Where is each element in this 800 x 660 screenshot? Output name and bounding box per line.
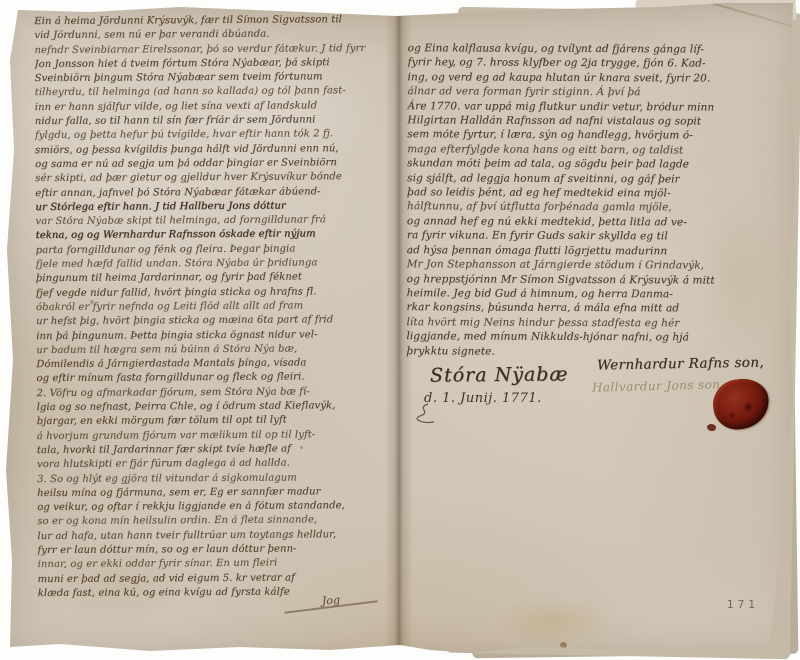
manuscript-line: maga efterfylgde kona hans og eitt barn,… (407, 142, 779, 158)
right-page-text: og Eina kalflausa kvígu, og tvílynt ad f… (406, 41, 779, 360)
manuscript-line: sér skipti, ad þær gietur og gjelldur hv… (35, 170, 392, 186)
manuscript-line: ra fyrir vikuna. En fyrir Guds sakir sky… (407, 228, 779, 244)
paper-stain (492, 596, 616, 646)
manuscript-line: ad hýsa þennan ómaga flutti lögrjettu ma… (407, 243, 779, 259)
manuscript-line: inn er hann sjálfur vilde, og liet sína … (35, 99, 392, 115)
manuscript-line: hálftunnu, af því útflutta forþénada gam… (407, 200, 779, 216)
manuscript-line: á hvorjum grundum fjórum var mælikum til… (37, 428, 394, 444)
manuscript-line: heimile. Jeg bid Gud á himnum, og herra … (407, 286, 779, 302)
manuscript-line: Hilgirtan Halldán Rafnsson ad nafni vist… (407, 113, 779, 129)
manuscript-line: líta hvört mig Neins hindur þessa stadfe… (406, 315, 778, 331)
scanned-document: Ein á heima Jördunni Krýsuvýk, fær til S… (0, 0, 800, 660)
signature-wernhardur-rafnsson: Wernhardur Rafns son, (597, 355, 764, 374)
manuscript-line: ur hefst þig, hvört þingia sticka og mæi… (36, 313, 393, 329)
left-page-text: Ein á heima Jördunni Krýsuvýk, fær til S… (34, 13, 395, 601)
manuscript-line: Áre 1770. var uppá mig flutkur undir vet… (407, 99, 779, 115)
manuscript-line: þad so leidis þént, ad eg hef medtekid e… (407, 185, 779, 201)
manuscript-spread: Ein á heima Jördunni Krýsuvýk, fær til S… (0, 0, 800, 660)
manuscript-line: og annad hef eg nú ekki medtekid, þetta … (407, 214, 779, 230)
manuscript-line: innar, og er ekki oddar fyrir sínar. En … (38, 556, 395, 572)
manuscript-line: sem móte fyrtur, í læra, sýn og handlegg… (407, 128, 779, 144)
page-number: 171 (727, 599, 759, 611)
manuscript-line: ur badum til hægra sem nú búinn á Stóra … (36, 342, 393, 358)
wax-seal-droplet (706, 423, 717, 433)
manuscript-line: 3. So og hlýt eg gjöra til vitundar á si… (37, 470, 394, 486)
foxing-speck (560, 642, 567, 648)
manuscript-line: og Eina kalflausa kvígu, og tvílynt ad f… (408, 41, 780, 57)
manuscript-line: ing, og verd eg ad kaupa hlutan úr knara… (408, 70, 780, 86)
manuscript-line: sig sjálft, ad leggja honum af sveitinni… (407, 171, 779, 187)
manuscript-line: klæda fast, eina kú, og eina kvígu ad fy… (38, 585, 395, 601)
fold-crease (696, 0, 797, 28)
manuscript-line: álnar ad vera forman fyrir stiginn. Á þv… (407, 84, 779, 100)
manuscript-line: fjele med hæfd fallid undan. Stóra Nýaba… (36, 256, 393, 272)
manuscript-line: smiörs, og þessa kvígildis þunga hálft v… (35, 142, 392, 158)
manuscript-line: fyrir hey, og 7. hross klyfber og 2ja tr… (408, 56, 780, 72)
manuscript-line: skundan móti þeim ad tala, og sögdu þeir… (407, 156, 779, 172)
manuscript-line: var Stóra Nýabæ skipt til helminga, ad f… (35, 213, 392, 229)
manuscript-line: liggjande, med mínum Nikkulds-hjónar naf… (406, 329, 778, 345)
manuscript-line: Mr Jon Stephansson at Járngierde stödum … (407, 257, 779, 273)
manuscript-line: 2. Vöfru og afmarkadar fjórum, sem Stóra… (36, 385, 393, 401)
manuscript-line: fylgdu, og þetta hefur þú tvígilde, hvar… (35, 127, 392, 143)
dateline-place: Stóra Nÿabæ (430, 363, 568, 386)
manuscript-line: og hreppstjórinn Mr Símon Sigvatsson á K… (407, 272, 779, 288)
signature-hallvardur-jonsson: Hallvardur Jons son (592, 377, 721, 394)
manuscript-line: nefndr Sveinbiarnar Eirelssonar, þó so v… (34, 42, 391, 58)
manuscript-line: rkar kongsins, þúsunda herra, á mála efn… (406, 300, 778, 316)
dateline-date: d. 1. Junij. 1771. (424, 391, 542, 406)
manuscript-line: lur ad hafa, utan hann tveir fulltrúar u… (37, 528, 394, 544)
pen-flourish (412, 402, 438, 428)
